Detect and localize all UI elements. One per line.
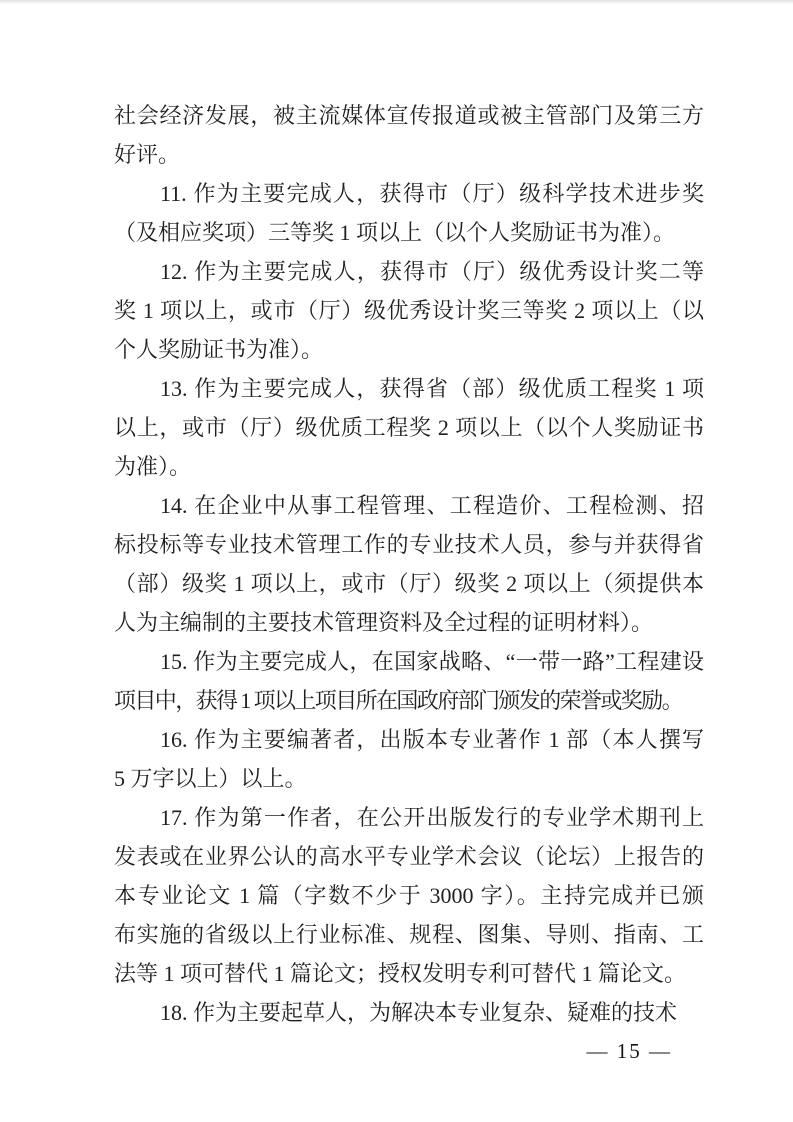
paragraph-item-15: 15. 作为主要完成人，在国家战略、“一带一路”工程建设 项目中，获得 1 项以… xyxy=(114,642,704,720)
text-line: 本专业论文 1 篇（字数不少于 3000 字）。主持完成并已颁 xyxy=(114,876,704,915)
text-line: 社会经济发展，被主流媒体宣传报道或被主管部门及第三方 xyxy=(114,96,704,135)
text-line: 为准）。 xyxy=(114,447,704,486)
text-line: 16. 作为主要编著者，出版本专业著作 1 部（本人撰写 xyxy=(114,720,704,759)
document-page: 社会经济发展，被主流媒体宣传报道或被主管部门及第三方 好评。 11. 作为主要完… xyxy=(0,0,793,1122)
paragraph-item-16: 16. 作为主要编著者，出版本专业著作 1 部（本人撰写 5 万字以上）以上。 xyxy=(114,720,704,798)
text-line: 5 万字以上）以上。 xyxy=(114,759,704,798)
paragraph-item-18: 18. 作为主要起草人，为解决本专业复杂、疑难的技术 xyxy=(114,993,704,1032)
page-number: — 15 — xyxy=(587,1036,673,1066)
text-line: （及相应奖项）三等奖 1 项以上（以个人奖励证书为准）。 xyxy=(114,213,704,252)
text-line: 12. 作为主要完成人，获得市（厅）级优秀设计奖二等 xyxy=(114,252,704,291)
text-line: 标投标等专业技术管理工作的专业技术人员，参与并获得省 xyxy=(114,525,704,564)
text-line: 法等 1 项可替代 1 篇论文；授权发明专利可替代 1 篇论文。 xyxy=(114,954,704,993)
text-line: 15. 作为主要完成人，在国家战略、“一带一路”工程建设 xyxy=(114,642,704,681)
text-line: 以上，或市（厅）级优质工程奖 2 项以上（以个人奖励证书 xyxy=(114,408,704,447)
text-line: 奖 1 项以上，或市（厅）级优秀设计奖三等奖 2 项以上（以 xyxy=(114,291,704,330)
text-line: 好评。 xyxy=(114,135,704,174)
text-line: 11. 作为主要完成人，获得市（厅）级科学技术进步奖 xyxy=(114,174,704,213)
text-line: 18. 作为主要起草人，为解决本专业复杂、疑难的技术 xyxy=(114,993,704,1032)
paragraph-item-12: 12. 作为主要完成人，获得市（厅）级优秀设计奖二等 奖 1 项以上，或市（厅）… xyxy=(114,252,704,369)
paragraph-item-13: 13. 作为主要完成人，获得省（部）级优质工程奖 1 项 以上，或市（厅）级优质… xyxy=(114,369,704,486)
paragraph-item-17: 17. 作为第一作者，在公开出版发行的专业学术期刊上 发表或在业界公认的高水平专… xyxy=(114,798,704,993)
text-line: 13. 作为主要完成人，获得省（部）级优质工程奖 1 项 xyxy=(114,369,704,408)
scan-edge-artifact xyxy=(0,0,793,4)
text-line: 人为主编制的主要技术管理资料及全过程的证明材料）。 xyxy=(114,603,704,642)
text-line: （部）级奖 1 项以上，或市（厅）级奖 2 项以上（须提供本 xyxy=(114,564,704,603)
text-line: 17. 作为第一作者，在公开出版发行的专业学术期刊上 xyxy=(114,798,704,837)
paragraph-item-14: 14. 在企业中从事工程管理、工程造价、工程检测、招 标投标等专业技术管理工作的… xyxy=(114,486,704,642)
text-line: 发表或在业界公认的高水平专业学术会议（论坛）上报告的 xyxy=(114,837,704,876)
document-body: 社会经济发展，被主流媒体宣传报道或被主管部门及第三方 好评。 11. 作为主要完… xyxy=(114,96,704,1032)
text-line: 14. 在企业中从事工程管理、工程造价、工程检测、招 xyxy=(114,486,704,525)
paragraph-continuation: 社会经济发展，被主流媒体宣传报道或被主管部门及第三方 好评。 xyxy=(114,96,704,174)
text-line: 项目中，获得 1 项以上项目所在国政府部门颁发的荣誉或奖励。 xyxy=(114,681,704,720)
paragraph-item-11: 11. 作为主要完成人，获得市（厅）级科学技术进步奖 （及相应奖项）三等奖 1 … xyxy=(114,174,704,252)
text-line: 个人奖励证书为准）。 xyxy=(114,330,704,369)
text-line: 布实施的省级以上行业标准、规程、图集、导则、指南、工 xyxy=(114,915,704,954)
